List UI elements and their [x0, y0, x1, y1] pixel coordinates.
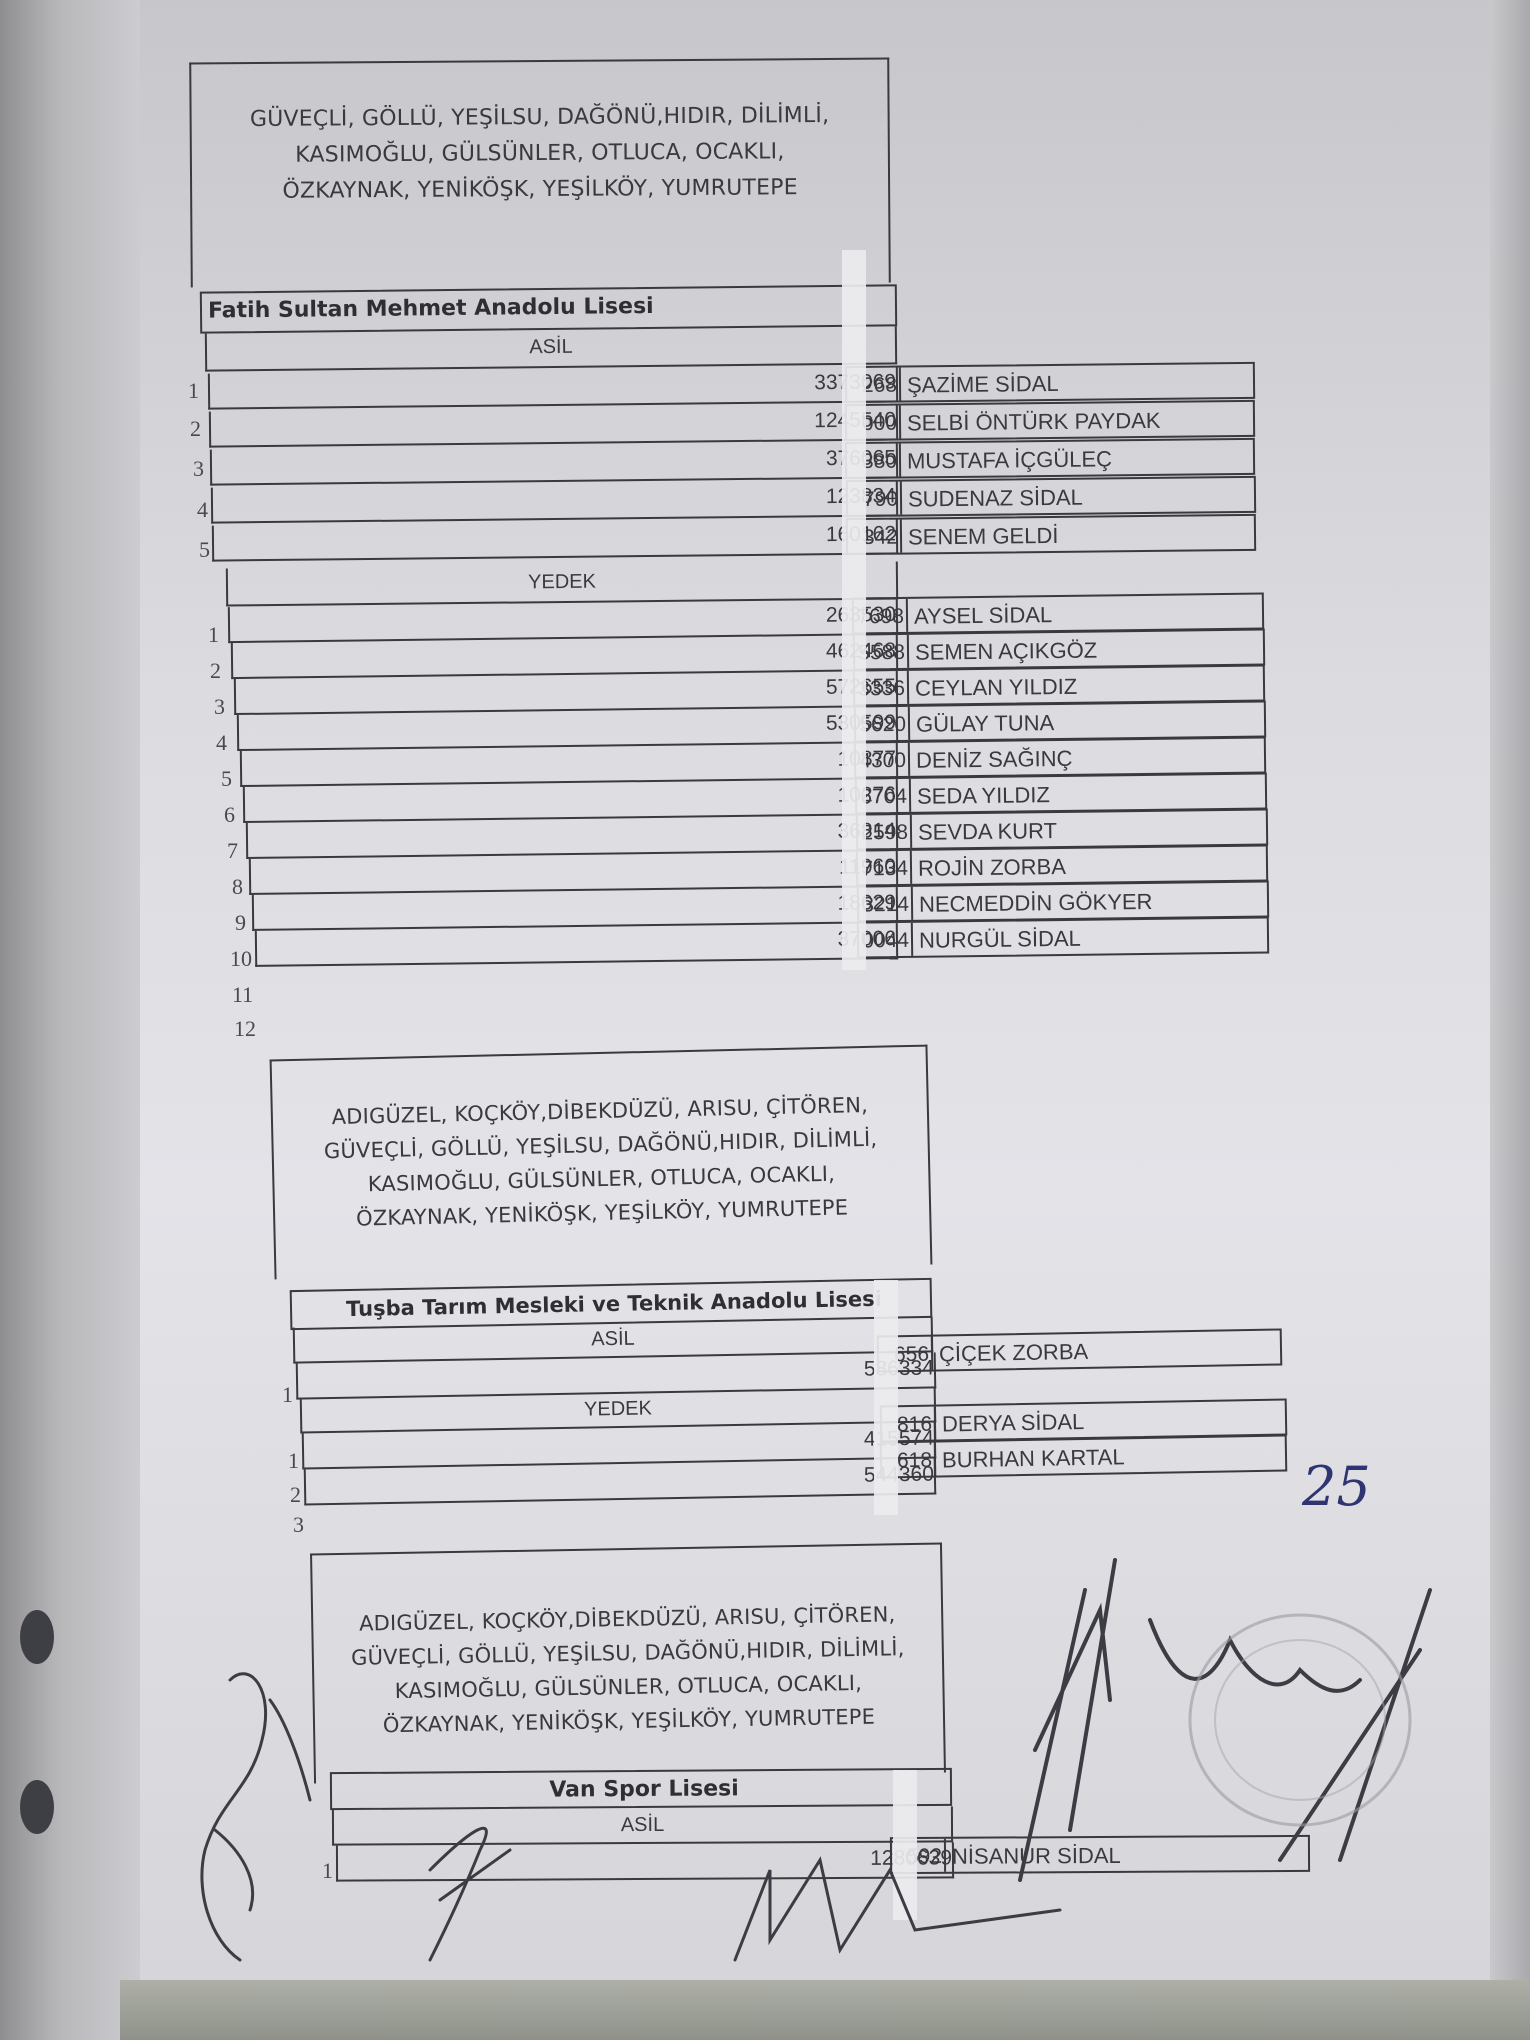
person-name: ROJİN ZORBA — [918, 849, 1066, 887]
person-name: SEDA YILDIZ — [917, 777, 1050, 815]
table-row: 3373069 — [208, 366, 898, 409]
villages-line: ÖZKAYNAK, YENİKÖŞK, YEŞİLKÖY, YUMRUTEPE — [192, 170, 888, 211]
villages-list: ADIGÜZEL, KOÇKÖY,DİBEKDÜZÜ, ARISU, ÇİTÖR… — [270, 1045, 933, 1280]
person-name: BURHAN KARTAL — [942, 1439, 1125, 1478]
table-row: 160162 — [212, 518, 898, 561]
name-cell: 000SELBİ ÖNTÜRK PAYDAK — [845, 400, 1255, 441]
row-number: 2 — [210, 658, 221, 684]
name-cell: 2598SEVDA KURT — [855, 808, 1267, 850]
name-cell: 656ÇİÇEK ZORBA — [877, 1328, 1283, 1372]
name-cell: 5620GÜLAY TUNA — [854, 700, 1266, 742]
row-number: 2 — [290, 1482, 301, 1508]
row-number: 12 — [234, 1016, 256, 1042]
name-cell: 3214NECMEDDİN GÖKYER — [857, 880, 1269, 922]
page-right-edge — [1490, 0, 1530, 2040]
row-number: 4 — [197, 497, 208, 523]
row-number: 1 — [188, 378, 199, 404]
person-name: ÇİÇEK ZORBA — [939, 1334, 1089, 1373]
person-name: NECMEDDİN GÖKYER — [919, 884, 1153, 923]
binder-sleeve-left — [0, 0, 150, 2040]
name-cell: 790SUDENAZ SİDAL — [845, 476, 1255, 517]
person-name: DENİZ SAĞINÇ — [916, 741, 1073, 779]
row-number: 3 — [193, 456, 204, 482]
row-number: 5 — [221, 766, 232, 792]
table-row: 376065 — [210, 442, 898, 485]
id-number-end: 0044 — [859, 923, 913, 957]
row-number: 9 — [235, 910, 246, 936]
school-name: Fatih Sultan Mehmet Anadolu Lisesi — [200, 284, 897, 333]
handwritten-number: 25 — [1302, 1455, 1371, 1518]
person-name: AYSEL SİDAL — [914, 597, 1053, 635]
row-number: 3 — [214, 694, 225, 720]
row-number: 2 — [190, 416, 201, 442]
punch-hole — [20, 1780, 54, 1834]
person-name: SELBİ ÖNTÜRK PAYDAK — [907, 403, 1161, 442]
row-number: 6 — [224, 802, 235, 828]
person-name: GÜLAY TUNA — [916, 705, 1055, 743]
person-name: SEMEN AÇIKGÖZ — [914, 633, 1097, 671]
person-name: SENEM GELDİ — [908, 518, 1059, 556]
row-number: 10 — [230, 946, 252, 972]
name-cell: 0044NURGÜL SİDAL — [857, 916, 1269, 958]
row-number: 3 — [293, 1512, 304, 1538]
villages-list: GÜVEÇLİ, GÖLLÜ, YEŞİLSU, DAĞÖNÜ,HIDIR, D… — [189, 58, 891, 288]
name-cell: 6704SEDA YILDIZ — [855, 772, 1267, 814]
name-cell: 618BURHAN KARTAL — [880, 1434, 1288, 1478]
person-name: SEVDA KURT — [917, 813, 1056, 851]
tape-strip — [893, 1770, 917, 1920]
tape-strip — [842, 250, 866, 970]
row-number: 8 — [232, 874, 243, 900]
name-cell: 5588SEMEN AÇIKGÖZ — [852, 628, 1264, 670]
person-name: NURGÜL SİDAL — [919, 921, 1081, 959]
id-number-end: 3214 — [859, 887, 913, 921]
person-name: DERYA SİDAL — [942, 1404, 1085, 1442]
name-cell: 268ŞAZİME SİDAL — [845, 362, 1255, 403]
name-cell: 4300DENİZ SAĞINÇ — [854, 736, 1266, 778]
tape-strip — [874, 1280, 898, 1515]
person-name: SUDENAZ SİDAL — [907, 480, 1082, 518]
name-cell: 342SENEM GELDİ — [846, 514, 1256, 555]
punch-hole — [20, 1610, 54, 1664]
school-name: Van Spor Lisesi — [330, 1768, 952, 1810]
name-cell: 3336CEYLAN YILDIZ — [853, 664, 1265, 706]
row-number: 1 — [208, 622, 219, 648]
binder-sleeve-bottom — [120, 1980, 1530, 2040]
row-number: 1 — [288, 1448, 299, 1474]
asil-label: ASİL — [332, 1806, 953, 1845]
villages-line: GÜVEÇLİ, GÖLLÜ, YEŞİLSU, DAĞÖNÜ,HIDIR, D… — [192, 98, 888, 139]
person-name: NİSANUR SİDAL — [952, 1838, 1121, 1875]
name-cell: 592NİSANUR SİDAL — [890, 1835, 1310, 1874]
villages-line: KASIMOĞLU, GÜLSÜNLER, OTLUCA, OCAKLI, — [192, 134, 888, 175]
row-number: 4 — [216, 730, 227, 756]
person-name: ŞAZİME SİDAL — [907, 366, 1059, 404]
person-name: CEYLAN YILDIZ — [915, 669, 1078, 707]
person-name: MUSTAFA İÇGÜLEÇ — [907, 441, 1112, 479]
row-number: 11 — [232, 982, 253, 1008]
asil-label: ASİL — [205, 326, 897, 371]
name-cell: 7134ROJİN ZORBA — [856, 844, 1268, 886]
row-number: 5 — [199, 537, 210, 563]
id-number-end: 7134 — [858, 851, 912, 885]
villages-list: ADIGÜZEL, KOÇKÖY,DİBEKDÜZÜ, ARISU, ÇİTÖR… — [310, 1543, 946, 1784]
table-row: 1280639 — [336, 1842, 954, 1881]
row-number: 7 — [227, 838, 238, 864]
table-row: 1245540 — [209, 404, 898, 447]
name-cell: 380MUSTAFA İÇGÜLEÇ — [845, 438, 1255, 479]
name-cell: 7698AYSEL SİDAL — [852, 592, 1264, 634]
row-number: 1 — [282, 1382, 293, 1408]
row-number: 1 — [322, 1858, 333, 1884]
table-row: 123834 — [211, 480, 898, 523]
